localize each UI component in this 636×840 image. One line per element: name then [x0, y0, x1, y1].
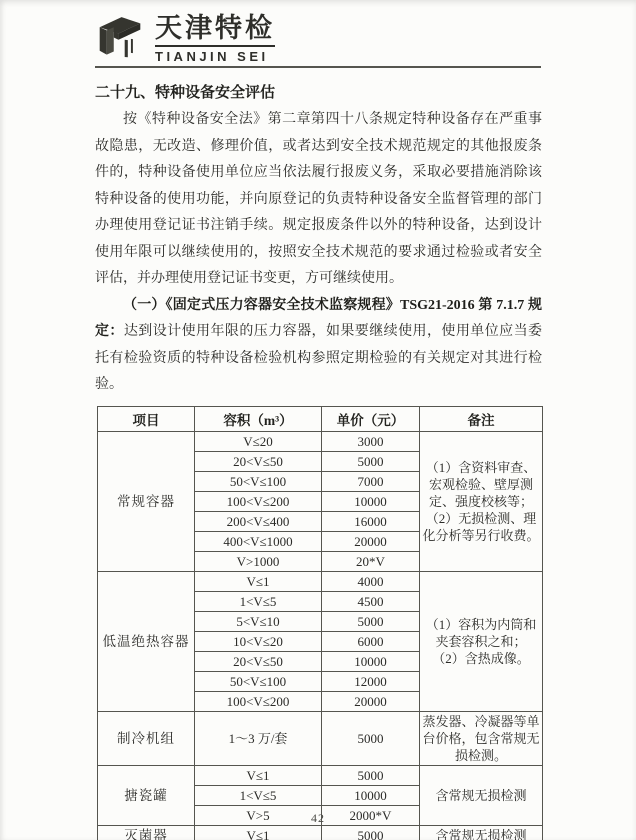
- item-cell: 常规容器: [98, 431, 195, 571]
- table-row: 常规容器V≤203000（1）含资料审查、宏观检验、壁厚测定、强度校核等； （2…: [98, 431, 543, 451]
- item-cell: 低温绝热容器: [98, 571, 195, 711]
- volume-cell: 1<V≤5: [195, 785, 322, 805]
- table-row: 制冷机组1～3 万/套5000蒸发器、冷凝器等单台价格，包含常规无损检测。: [98, 711, 543, 765]
- document-page: 天津特检 TIANJIN SEI 二十九、特种设备安全评估 按《特种设备安全法》…: [0, 0, 636, 840]
- price-table-head-row: 项目容积（m³）单价（元）备注: [98, 406, 543, 431]
- logo-english-name: TIANJIN SEI: [155, 49, 275, 64]
- volume-cell: 5<V≤10: [195, 611, 322, 631]
- volume-cell: 10<V≤20: [195, 631, 322, 651]
- table-row: 灭菌器V≤15000含常规无损检测: [98, 825, 543, 840]
- price-cell: 5000: [322, 711, 420, 765]
- volume-cell: V≤20: [195, 431, 322, 451]
- price-table: 项目容积（m³）单价（元）备注 常规容器V≤203000（1）含资料审查、宏观检…: [97, 406, 543, 840]
- remark-cell: （1）含资料审查、宏观检验、壁厚测定、强度校核等； （2）无损检测、理化分析等另…: [420, 431, 543, 571]
- volume-cell: 20<V≤50: [195, 651, 322, 671]
- volume-cell: V≤1: [195, 765, 322, 785]
- remark-cell: 蒸发器、冷凝器等单台价格，包含常规无损检测。: [420, 711, 543, 765]
- price-cell: 5000: [322, 765, 420, 785]
- column-header: 项目: [98, 406, 195, 431]
- item-cell: 灭菌器: [98, 825, 195, 840]
- volume-cell: 50<V≤100: [195, 671, 322, 691]
- volume-cell: 1<V≤5: [195, 591, 322, 611]
- price-cell: 16000: [322, 511, 420, 531]
- remark-cell: （1）容积为内筒和夹套容积之和； （2）含热成像。: [420, 571, 543, 711]
- volume-cell: 200<V≤400: [195, 511, 322, 531]
- price-cell: 12000: [322, 671, 420, 691]
- price-cell: 5000: [322, 451, 420, 471]
- column-header: 备注: [420, 406, 543, 431]
- tianjin-sei-logo: 天津特检 TIANJIN SEI: [95, 13, 542, 65]
- volume-cell: 20<V≤50: [195, 451, 322, 471]
- volume-cell: 100<V≤200: [195, 691, 322, 711]
- table-row: 搪瓷罐V≤15000含常规无损检测: [98, 765, 543, 785]
- paragraph-tsg-rule: （一）《固定式压力容器安全技术监察规程》TSG21-2016 第 7.1.7 规…: [95, 293, 542, 399]
- volume-cell: 400<V≤1000: [195, 531, 322, 551]
- page-footer: 42: [0, 809, 636, 827]
- price-cell: 3000: [322, 431, 420, 451]
- remark-cell: 含常规无损检测: [420, 825, 543, 840]
- price-cell: 6000: [322, 631, 420, 651]
- price-cell: 7000: [322, 471, 420, 491]
- page-header: 天津特检 TIANJIN SEI: [95, 13, 542, 65]
- volume-cell: 50<V≤100: [195, 471, 322, 491]
- price-cell: 5000: [322, 611, 420, 631]
- section-title: 二十九、特种设备安全评估: [95, 82, 542, 104]
- price-cell: 20000: [322, 531, 420, 551]
- price-cell: 5000: [322, 825, 420, 840]
- price-cell: 20*V: [322, 551, 420, 571]
- paragraph-regulation: 按《特种设备安全法》第二章第四十八条规定特种设备存在严重事故隐患，无改造、修理价…: [95, 107, 542, 293]
- paragraph-tsg-rule-body: 达到设计使用年限的压力容器，如果要继续使用，使用单位应当委托有检验资质的特种设备…: [95, 324, 542, 392]
- logo-cube-icon: [95, 13, 145, 65]
- price-cell: 10000: [322, 785, 420, 805]
- column-header: 单价（元）: [322, 406, 420, 431]
- volume-cell: V>1000: [195, 551, 322, 571]
- item-cell: 制冷机组: [98, 711, 195, 765]
- price-cell: 20000: [322, 691, 420, 711]
- price-cell: 4000: [322, 571, 420, 591]
- price-cell: 4500: [322, 591, 420, 611]
- document-body: 二十九、特种设备安全评估 按《特种设备安全法》第二章第四十八条规定特种设备存在严…: [95, 82, 542, 840]
- logo-chinese-name: 天津特检: [155, 13, 275, 47]
- volume-cell: 1～3 万/套: [195, 711, 322, 765]
- column-header: 容积（m³）: [195, 406, 322, 431]
- header-divider: [95, 66, 541, 68]
- table-row: 低温绝热容器V≤14000（1）容积为内筒和夹套容积之和； （2）含热成像。: [98, 571, 543, 591]
- price-cell: 10000: [322, 491, 420, 511]
- volume-cell: 100<V≤200: [195, 491, 322, 511]
- page-number: 42: [311, 811, 325, 825]
- volume-cell: V≤1: [195, 571, 322, 591]
- price-cell: 10000: [322, 651, 420, 671]
- price-table-body: 常规容器V≤203000（1）含资料审查、宏观检验、壁厚测定、强度校核等； （2…: [98, 431, 543, 840]
- volume-cell: V≤1: [195, 825, 322, 840]
- logo-text: 天津特检 TIANJIN SEI: [155, 13, 275, 64]
